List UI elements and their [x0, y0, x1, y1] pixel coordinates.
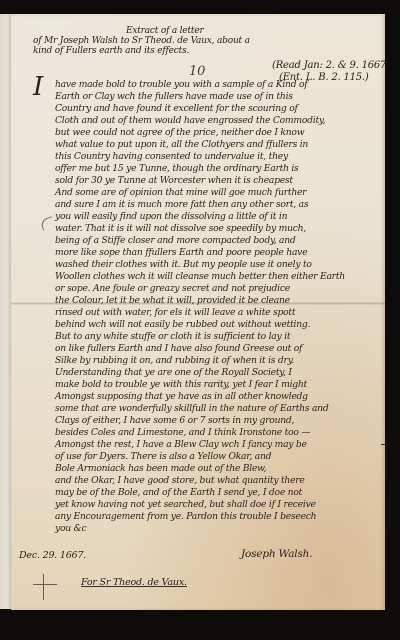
body-line: washed their clothes with it. But my peo… [55, 260, 312, 270]
body-line: behind wch will not easily be rubbed out… [55, 320, 310, 330]
body-line: Cloth and out of them would have engross… [55, 116, 325, 126]
body-line: any Encouragement from ye. Pardon this t… [55, 512, 316, 522]
body-line: of use for Dyers. There is also a Yellow… [55, 452, 271, 462]
body-line: Clays of either, I have some 6 or 7 sort… [55, 416, 294, 426]
body-line: Silke by rubbing it on, and rubbing it o… [55, 356, 294, 366]
body-line: but wee could not agree of the price, ne… [55, 128, 304, 138]
body-line: And some are of opinion that mine will g… [55, 188, 306, 198]
body-line: Country and have found it excellent for … [55, 104, 298, 114]
binding-stub [0, 14, 11, 609]
body-line: Understanding that ye are one of the Roy… [55, 368, 292, 378]
body-line: the Colour, let it be what it will, prov… [55, 296, 290, 306]
body-line: may be of the Bole, and of the Earth I s… [55, 488, 302, 498]
body-line: this Country having consented to underva… [55, 152, 288, 162]
body-line: and sure I am it is much more fatt then … [55, 200, 308, 210]
body-line: yet know having not yet searched, but sh… [55, 500, 316, 510]
body-line: Bole Armoniack has been made out of the … [55, 464, 266, 474]
body-line: Amongst the rest, I have a Blew Clay wch… [55, 440, 307, 450]
body-line: more like sope than ffullers Earth and p… [55, 248, 307, 258]
body-line: on like fullers Earth and I have also fo… [55, 344, 302, 354]
annotation-read-date: (Read Jan: 2. & 9. 1667-8) [272, 60, 385, 72]
body-line: besides Coles and Limestone, and I think… [55, 428, 310, 438]
body-line: Woollen clothes wch it will cleanse much… [55, 272, 345, 282]
body-line: you will easily find upon the dissolving… [55, 212, 287, 222]
body-line: you &c [55, 524, 86, 534]
body-line: Amongst supposing that ye have as in all… [55, 392, 308, 402]
addressee: For Sr Theod. de Vaux. [81, 577, 187, 588]
body-line: and the Okar, I have good store, but wha… [55, 476, 305, 486]
body-line: or sope. Ane foule or greazy secret and … [55, 284, 290, 294]
cross-mark-icon [33, 574, 57, 600]
heading-line-3: kind of Fullers earth and its effects. [33, 46, 189, 57]
body-line: water. That it is it will not dissolve s… [55, 224, 306, 234]
body-line: make bold to trouble ye with this rarity… [55, 380, 307, 390]
letter-date: Dec. 29. 1667. [19, 550, 86, 561]
body-line: being of a Stiffe closer and more compac… [55, 236, 296, 246]
margin-dash-mark [381, 444, 385, 445]
body-line: rinsed out with water, for els it will l… [55, 308, 295, 318]
signature: Joseph Walsh. [241, 548, 312, 560]
body-line: sold for 30 ye Tunne at Worcester when i… [55, 176, 293, 186]
margin-flourish-mark [40, 216, 56, 231]
body-line: some that are wonderfully skillfull in t… [55, 404, 328, 414]
body-line: what value to put upon it, all the Cloth… [55, 140, 308, 150]
manuscript-page: Extract of a letter of Mr Joseph Walsh t… [11, 14, 385, 610]
body-line: have made bold to trouble you with a sam… [55, 80, 307, 90]
body-line: offer me but 15 ye Tunne, though the ord… [55, 164, 299, 174]
body-line: But to any white stuffe or cloth it is s… [55, 332, 290, 342]
body-line: Earth or Clay wch the fullers have made … [55, 92, 293, 102]
folio-number: 10 [189, 64, 205, 79]
drop-cap: I [33, 72, 43, 102]
